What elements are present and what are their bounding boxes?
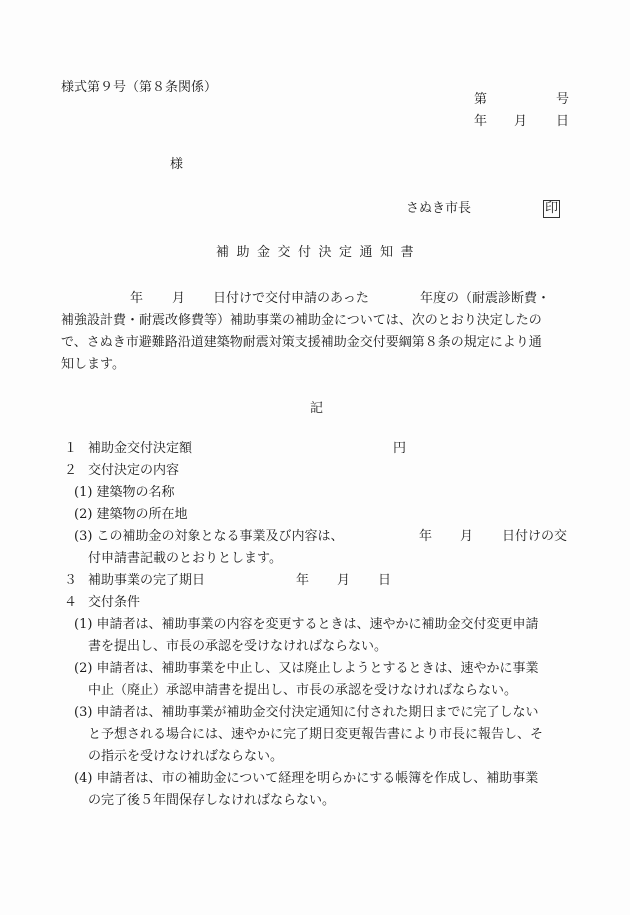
- condition3-line1: (3) 申請者は、補助事業が補助金交付決定通知に付された期日までに完了しない: [74, 705, 539, 721]
- condition3-line2: と予想される場合には、速やかに完了期日変更報告書により市長に報告し、そ: [88, 727, 543, 743]
- form-label: 様式第９号（第８条関係）: [61, 80, 217, 96]
- item4-number: ４: [64, 595, 77, 611]
- item3-month: 月: [337, 573, 350, 589]
- item4-label: 交付条件: [88, 595, 140, 611]
- date-day: 日: [556, 114, 569, 130]
- ki-heading: 記: [310, 401, 323, 417]
- item2-label: 交付決定の内容: [88, 463, 179, 479]
- item3-day: 日: [378, 573, 391, 589]
- issuer-name: さぬき市長: [406, 201, 471, 217]
- item2-sub3-month: 月: [460, 529, 473, 545]
- item2-sub1: (1) 建築物の名称: [74, 485, 175, 501]
- body-fiscal-year: 年度の（耐震診断費・: [420, 291, 550, 307]
- body-line1-text: 日付けで交付申請のあった: [213, 291, 369, 307]
- addressee-suffix: 様: [170, 157, 183, 173]
- condition2-line2: 中止（廃止）承認申請書を提出し、市長の承認を受けなければならない。: [88, 683, 517, 699]
- date-month: 月: [514, 114, 527, 130]
- date-year: 年: [474, 114, 487, 130]
- item3-year: 年: [296, 573, 309, 589]
- condition2-line1: (2) 申請者は、補助事業を中止し、又は廃止しようとするときは、速やかに事業: [74, 661, 539, 677]
- document-title: 補助金交付決定通知書: [216, 245, 421, 261]
- seal-stamp-icon: 印: [543, 200, 560, 218]
- condition1-line2: 書を提出し、市長の承認を受けなければならない。: [88, 639, 387, 655]
- condition1-line1: (1) 申請者は、補助事業の内容を変更するときは、速やかに補助金交付変更申請: [74, 617, 539, 633]
- body-month: 月: [172, 291, 185, 307]
- item3-number: ３: [64, 573, 77, 589]
- item1-unit: 円: [393, 441, 406, 457]
- doc-number-prefix: 第: [474, 92, 487, 108]
- item2-sub3: (3) この補助金の対象となる事業及び内容は、: [74, 529, 344, 545]
- body-line4: 知します。: [61, 357, 125, 373]
- condition4-line1: (4) 申請者は、市の補助金について経理を明らかにする帳簿を作成し、補助事業: [74, 771, 538, 787]
- item2-sub3-year: 年: [419, 529, 432, 545]
- body-line3: で、さぬき市避難路沿道建築物耐震対策支援補助金交付要綱第８条の規定により通: [61, 335, 542, 351]
- item1-number: １: [64, 441, 77, 457]
- body-year: 年: [130, 291, 143, 307]
- item2-number: ２: [64, 463, 77, 479]
- document-page: 様式第９号（第８条関係） 第 号 年 月 日 様 さぬき市長 印 補助金交付決定…: [0, 0, 630, 915]
- item2-sub2: (2) 建築物の所在地: [74, 507, 188, 523]
- item2-sub3-tail: 日付けの交: [502, 529, 567, 545]
- item1-label: 補助金交付決定額: [88, 441, 192, 457]
- body-line2: 補強設計費・耐震改修費等）補助事業の補助金については、次のとおり決定したの: [61, 313, 542, 329]
- seal-mark: 印: [543, 200, 560, 218]
- condition4-line2: の完了後５年間保存しなければならない。: [88, 793, 335, 809]
- item3-label: 補助事業の完了期日: [88, 573, 205, 589]
- doc-number-suffix: 号: [556, 92, 569, 108]
- condition3-line3: の指示を受けなければならない。: [88, 749, 283, 765]
- item2-sub3-line2: 付申請書記載のとおりとします。: [88, 551, 282, 567]
